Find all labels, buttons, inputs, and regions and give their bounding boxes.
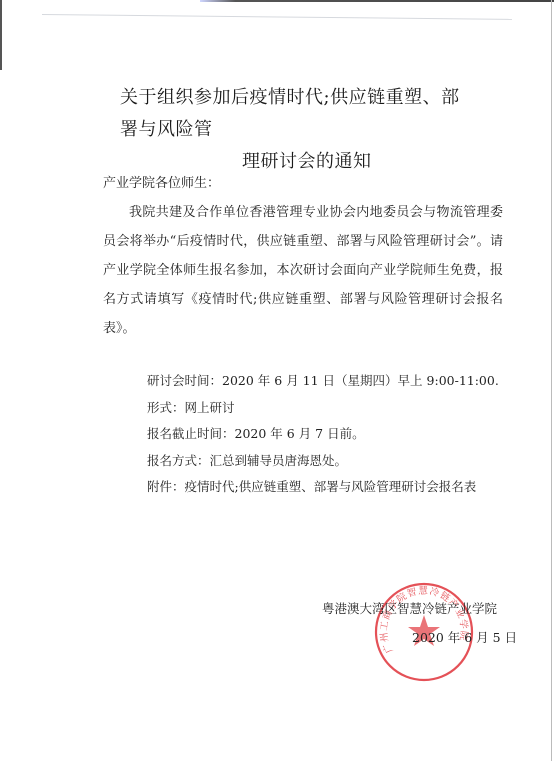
detail-time: 研讨会时间：2020 年 6 月 11 日（星期四）早上 9:00-11:00. [147, 368, 527, 395]
signature-date: 2020 年 6 月 5 日 [412, 628, 517, 646]
detail-attachment: 附件：疫情时代;供应链重塑、部署与风险管理研讨会报名表 [147, 474, 527, 501]
scan-border-left [0, 0, 2, 70]
scan-border-top [200, 0, 554, 2]
title-line-1: 关于组织参加后疫情时代;供应链重塑、部署与风险管 [120, 87, 460, 140]
body-paragraph: 我院共建及合作单位香港管理专业协会内地委员会与物流管理委员会将举办“后疫情时代，… [103, 198, 503, 343]
detail-value: 2020 年 6 月 11 日（星期四）早上 9:00-11:00. [222, 373, 499, 388]
detail-label: 形式： [147, 400, 185, 415]
scan-border-right [551, 0, 552, 761]
detail-format: 形式：网上研讨 [147, 395, 527, 422]
detail-registration-method: 报名方式：汇总到辅导员唐海恩处。 [147, 448, 527, 475]
detail-label: 报名截止时间： [147, 426, 235, 441]
detail-value: 疫情时代;供应链重塑、部署与风险管理研讨会报名表 [185, 479, 477, 494]
scan-artifact-line [42, 14, 512, 20]
event-details-list: 研讨会时间：2020 年 6 月 11 日（星期四）早上 9:00-11:00.… [147, 368, 527, 501]
detail-deadline: 报名截止时间：2020 年 6 月 7 日前。 [147, 421, 527, 448]
detail-value: 汇总到辅导员唐海恩处。 [210, 453, 348, 468]
detail-label: 研讨会时间： [147, 373, 222, 388]
greeting: 产业学院各位师生： [103, 172, 220, 191]
detail-label: 报名方式： [147, 453, 210, 468]
detail-value: 网上研讨 [185, 400, 235, 415]
detail-label: 附件： [147, 479, 185, 494]
detail-value: 2020 年 6 月 7 日前。 [235, 426, 365, 441]
document-title: 关于组织参加后疫情时代;供应链重塑、部署与风险管 理研讨会的通知 [120, 82, 460, 178]
signature-organization: 粤港澳大湾区智慧冷链产业学院 [322, 599, 497, 617]
